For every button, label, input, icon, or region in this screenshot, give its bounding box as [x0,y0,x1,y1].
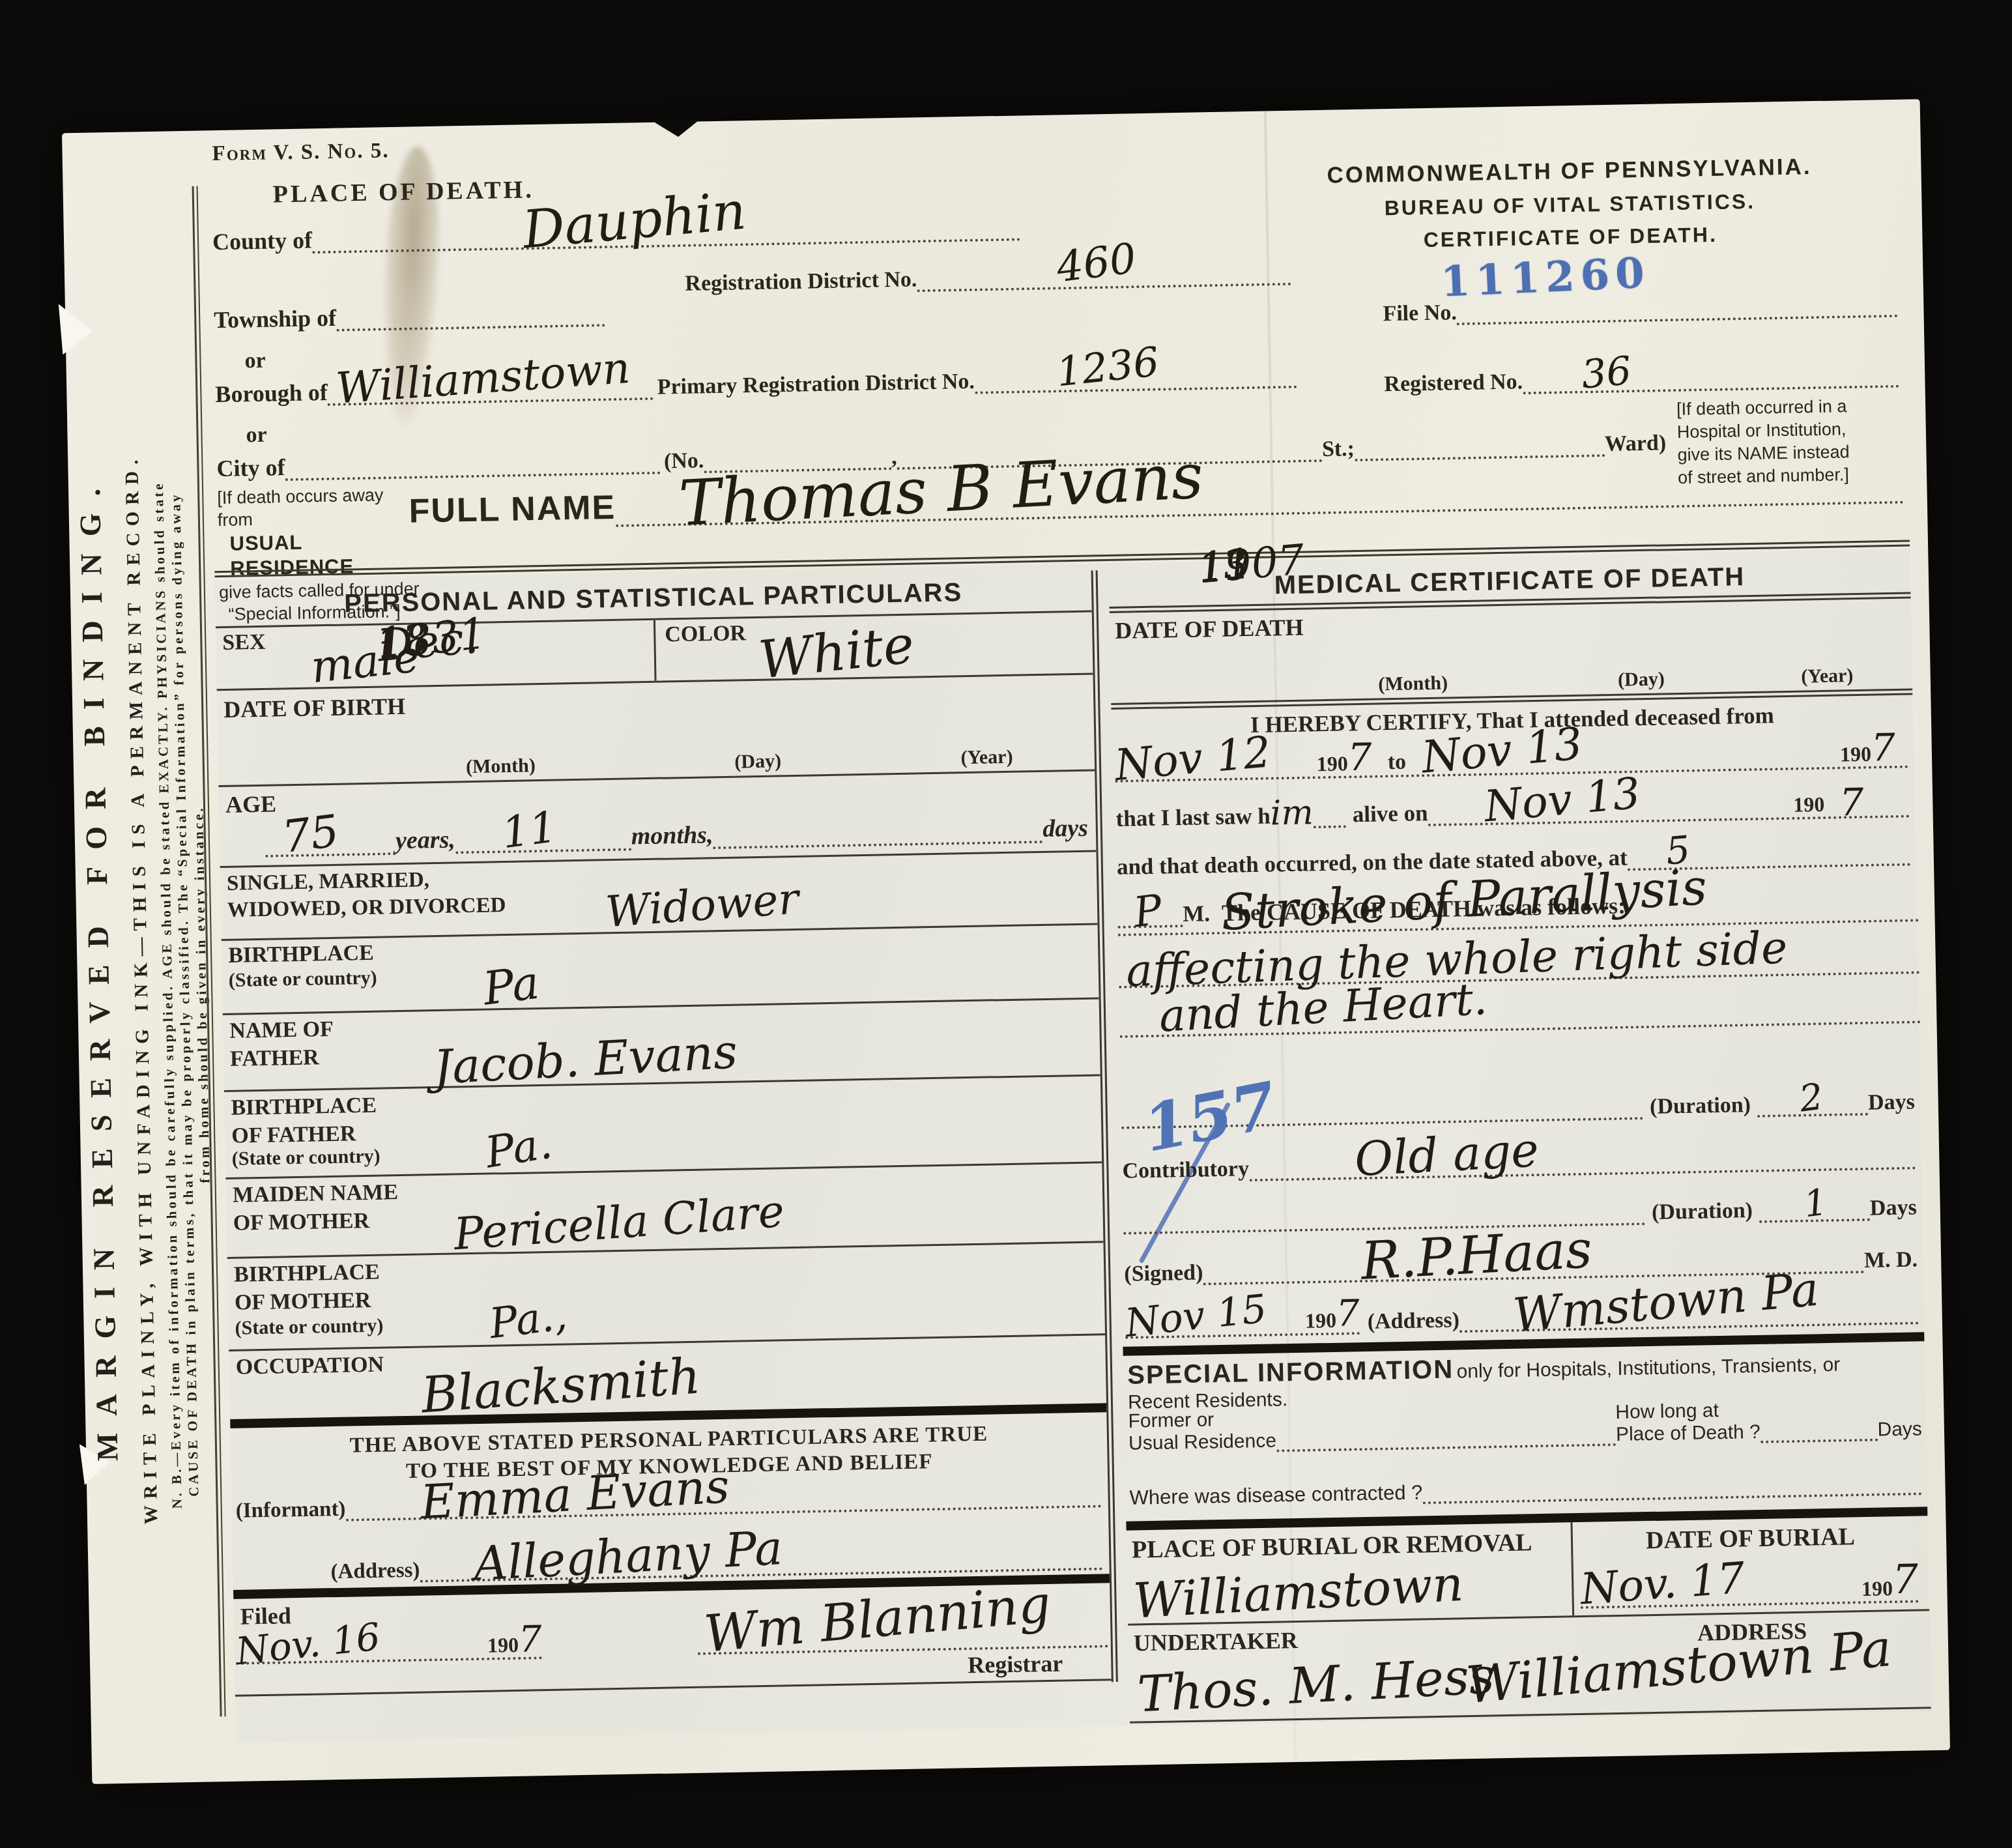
birthplace-caption: (State or country) [229,967,377,992]
mother-label: MAIDEN NAME OF MOTHER [233,1179,399,1237]
gap [1271,776,1317,777]
dod-day-caption: (Day) [1618,668,1665,691]
registration-district-value: 460 [1055,240,1138,285]
filed-gap [381,1658,487,1660]
last-saw-prefix: that I last saw h [1115,803,1271,832]
hospital-note-line3: give its NAME instead [1677,440,1893,467]
burial-date-cell: Nov. 17 190 7 [1574,1552,1930,1615]
full-name-blank-line: Thomas B Evans [616,497,1904,527]
undertaker-value: Thos. M. Hess [1136,1655,1495,1716]
primary-district-value: 1236 [1055,345,1160,390]
signed-year-printed: 190 [1305,1308,1337,1333]
former-label-2: Usual Residence [1128,1430,1276,1455]
burial-date-value: Nov. 17 [1579,1553,1747,1615]
informant-address-label: (Address) [330,1559,420,1585]
how-long-cell: How long at Place of Death ? Days [1615,1396,1922,1454]
birthplace-label: BIRTHPLACE [228,941,374,968]
date-of-birth-row: DATE OF BIRTH Dec. 13 1831 (Month) (Day)… [217,674,1095,787]
years-label: years, [395,825,456,855]
borough-label: Borough of [215,379,328,408]
age-line: 75 years, 11 months, days [265,814,1089,858]
registrar-signature-value: Wm Blanning [702,1583,1052,1656]
duration-caption: (Duration) [1650,1093,1751,1119]
last-saw-year-printed: 190 [1793,792,1825,817]
pm-blank-line: P [1117,921,1183,929]
registration-district-field: Registration District No. 460 [685,261,1291,296]
scanned-photo: { "colors": { "paper":"#efece2", "ink":"… [0,0,2012,1848]
last-saw-date-line: Nov 13 190 7 [1428,811,1910,827]
informant-label: (Informant) [235,1497,345,1523]
father-label-line1: NAME OF [229,1016,334,1045]
dod-month-caption: (Month) [1378,672,1448,696]
city-ward-blank-line [1355,450,1605,461]
file-number-blank-line [1457,311,1898,325]
registered-number-label: Registered No. [1384,369,1523,397]
year-caption: (Year) [960,746,1013,769]
informant-value: Emma Evans [420,1466,730,1522]
m-label: M. [1183,901,1211,927]
how-long-label-2: Place of Death ? [1616,1421,1760,1446]
day-caption: (Day) [734,750,781,773]
mother-birthplace-caption: (State or country) [235,1315,383,1340]
father-label: NAME OF FATHER [229,1016,334,1073]
father-birthplace-value: Pa. [483,1125,554,1171]
registrar-signature-line: Wm Blanning [697,1602,1108,1655]
days-label: Days [1868,1090,1915,1115]
filed-date-value: Nov. 16 [234,1614,382,1673]
township-blank-line [336,320,605,332]
age-months-line: 11 [455,845,631,854]
months-label: months, [631,820,713,850]
special-heading: SPECIAL INFORMATION [1127,1355,1454,1390]
duration-caption-2: (Duration) [1652,1198,1753,1225]
personal-particulars-column: PERSONAL AND STATISTICAL PARTICULARS SEX… [215,571,1112,1697]
or-word-1: or [244,349,266,374]
occupation-label: OCCUPATION [235,1353,384,1380]
age-years-line: 75 [265,848,395,858]
dod-year-caption: (Year) [1801,665,1854,687]
mother-birthplace-value: Pa., [487,1297,569,1342]
medical-certificate-column: MEDICAL CERTIFICATE OF DEATH DATE OF DEA… [1109,555,1931,1723]
last-saw-date-value: Nov 13 [1483,775,1642,825]
duration-primary-value: 2 [1798,1082,1824,1116]
registration-district-label: Registration District No. [685,267,917,296]
township-field: Township of [214,299,605,334]
city-st-label: St.; [1322,437,1355,462]
father-label-line2: FATHER [230,1043,334,1073]
duration-primary-blank: 2 [1757,1109,1868,1118]
registrar-signature-block: Wm Blanning Registrar [697,1602,1109,1684]
county-value: Dauphin [521,188,748,252]
filed-date-line: Nov. 16 190 7 [235,1612,542,1665]
township-label: Township of [214,304,337,334]
dotted-gap [1314,821,1346,828]
full-name-label: FULL NAME [409,488,616,531]
dob-year-value: 1831 [375,615,488,663]
signed-date-line: Nov 15 190 7 [1125,1286,1360,1339]
how-long-line: Place of Death ? Days [1616,1418,1923,1446]
mother-label-line1: MAIDEN NAME [233,1179,399,1209]
color-value: White [756,622,916,683]
age-label: AGE [225,790,277,818]
registered-number-value: 36 [1580,354,1633,392]
father-name-value: Jacob. Evans [433,1032,738,1088]
city-label: City of [216,454,285,482]
age-months-value: 11 [500,809,559,852]
form-number: Form V. S. No. 5. [212,139,390,166]
birthplace-value: Pa [481,963,541,1009]
marital-value: Widower [604,880,799,931]
mother-name-row: MAIDEN NAME OF MOTHER Pericella Clare [225,1163,1103,1259]
hospital-note-line1: [If death occurred in a [1676,394,1892,421]
county-blank-line: Dauphin [312,234,1020,253]
md-label: M. D. [1864,1247,1918,1273]
sex-label: SEX [222,630,266,656]
attended-to-value: Nov 13 [1420,718,1585,783]
margin-binding-text: MARGIN RESERVED FOR BINDING. [67,210,130,1723]
gap [1267,1333,1305,1334]
duration-contributory-value: 1 [1802,1187,1829,1221]
residence-note-line1: [If death occurs away from [217,484,420,531]
marital-label-line2: WIDOWED, OR DIVORCED [227,892,506,924]
hospital-note-line2: Hospital or Institution, [1677,417,1893,444]
death-certificate-document: MARGIN RESERVED FOR BINDING. WRITE PLAIN… [62,99,1950,1784]
cause-line3-value: and the Heart. [1158,981,1487,1036]
age-years-value: 75 [280,813,341,857]
last-saw-year-digit: 7 [1839,787,1864,819]
duration-contributory-blank: 1 [1759,1215,1870,1223]
attended-from-value: Nov 12 [1113,727,1273,790]
attended-from-year-digit: 7 [1347,735,1372,780]
cause-line2-line: affecting the whole right side [1119,967,1920,989]
primary-district-blank-line: 1236 [975,382,1297,394]
burial-date-line: Nov. 17 190 7 [1579,1550,1918,1609]
how-long-blank [1760,1435,1878,1443]
signed-caption: (Signed) [1124,1261,1203,1287]
pm-value: P [1132,892,1164,931]
registration-district-blank-line: 460 [917,279,1291,293]
signed-address-blank: Wmstown Pa [1459,1318,1919,1333]
dod-year-value: 1907 [1197,542,1306,587]
borough-blank-line: Williamstown [328,394,654,406]
burial-year-printed: 190 [1861,1576,1893,1601]
how-long-days: Days [1877,1418,1922,1441]
date-of-death-label: DATE OF DEATH [1115,614,1304,644]
filed-year-printed: 190 [487,1633,519,1658]
registered-number-blank-line: 36 [1523,381,1899,395]
color-cell: COLOR White [655,613,1093,681]
registered-number-field: Registered No. 36 [1384,363,1899,397]
attended-from-year-printed: 190 [1316,751,1348,776]
father-birthplace-caption: (State or country) [232,1146,381,1170]
county-field: County of Dauphin [212,213,1021,255]
gap [1746,1601,1862,1603]
father-birthplace-label: BIRTHPLACE OF FATHER [231,1092,377,1150]
signed-value: R.P.Haas [1360,1227,1593,1284]
to-label: to [1387,750,1406,775]
former-residence-cell: Former or Usual Residence [1128,1402,1616,1463]
contributory-value: Old age [1354,1130,1540,1179]
former-residence-blank [1276,1439,1616,1452]
father-birthplace-label-line1: BIRTHPLACE [231,1092,377,1123]
address-caption: (Address) [1367,1308,1459,1335]
occupation-value: Blacksmith [420,1355,702,1417]
file-number-label: File No. [1383,300,1457,326]
certificate-form: Form V. S. No. 5. PLACE OF DEATH. COMMON… [207,100,1932,1782]
last-saw-him: im [1270,793,1314,833]
mother-birthplace-label: BIRTHPLACE OF MOTHER [234,1259,381,1317]
mother-name-value: Pericella Clare [452,1193,785,1254]
burial-place-cell: Williamstown [1127,1559,1574,1624]
filed-year-digit: 7 [518,1618,542,1661]
place-of-death-heading: PLACE OF DEATH. [272,175,534,209]
contributory-label: Contributory [1122,1157,1249,1184]
marital-label: SINGLE, MARRIED, WIDOWED, OR DIVORCED [227,865,506,924]
county-label: County of [212,226,313,255]
burial-year-digit: 7 [1892,1555,1919,1604]
mother-birthplace-label-line1: BIRTHPLACE [234,1259,380,1290]
filed-row: Filed Nov. 16 190 7 Wm Blanning Registra… [233,1583,1112,1697]
city-blank-line [285,468,661,482]
month-caption: (Month) [466,755,536,778]
attended-to-year-digit: 7 [1871,725,1895,770]
signed-date-value: Nov 15 [1123,1286,1269,1346]
informant-address-value: Alleghany Pa [472,1528,783,1584]
age-row: AGE 75 years, 11 months, days [218,771,1096,868]
contributory-line: Contributory Old age [1122,1144,1916,1183]
primary-district-label: Primary Registration District No. [657,369,975,400]
mother-birthplace-label-line2: OF MOTHER [235,1286,381,1317]
commonwealth-heading-block: COMMONWEALTH OF PENNSYLVANIA. BUREAU OF … [1289,149,1851,259]
father-birthplace-row: BIRTHPLACE OF FATHER (State or country) … [224,1076,1102,1179]
days-label: days [1042,814,1088,843]
mother-label-line2: OF MOTHER [233,1207,399,1237]
or-word-2: or [246,423,267,448]
date-of-birth-label: DATE OF BIRTH [223,693,406,723]
date-of-death-row: DATE OF DEATH 11 13 1907 (Month) (Day) (… [1110,598,1912,703]
color-label: COLOR [665,621,746,647]
burial-place-value: Williamstown [1132,1564,1465,1623]
special-text-1: only for Hospitals, Institutions, Transi… [1456,1354,1840,1383]
borough-field: Borough of Williamstown Primary Registra… [215,361,1297,408]
age-days-line [713,837,1043,849]
city-ward-label: Ward) [1604,431,1666,457]
contracted-blank [1422,1488,1921,1504]
alive-on-label: alive on [1352,800,1428,828]
days-label-2: Days [1870,1195,1917,1220]
attended-to-year-printed: 190 [1840,742,1872,767]
disease-contracted-line: Where was disease contracted ? [1129,1471,1921,1509]
borough-value: Williamstown [335,350,631,407]
mother-birthplace-row: BIRTHPLACE OF MOTHER (State or country) … [227,1243,1105,1351]
contracted-label: Where was disease contracted ? [1129,1480,1422,1509]
signed-year-digit: 7 [1336,1292,1360,1335]
